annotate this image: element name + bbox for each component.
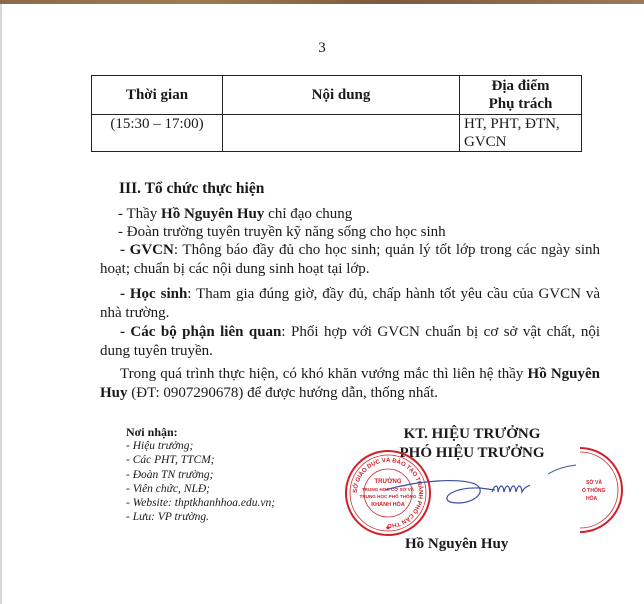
- svg-text:Ổ THÔNG: Ổ THÔNG: [582, 486, 605, 494]
- departments-label: - Các bộ phận liên quan: [120, 324, 281, 340]
- recipient-item: - Đoàn TN trường;: [126, 468, 275, 482]
- para-contact: Trong quá trình thực hiện, có khó khăn v…: [100, 365, 600, 403]
- recipients-title: Nơi nhận:: [126, 425, 275, 439]
- recipients-block: Nơi nhận: - Hiệu trưởng; - Các PHT, TTCM…: [126, 425, 275, 524]
- para-students: - Học sinh: Tham gia đúng giờ, đầy đủ, c…: [100, 285, 600, 323]
- svg-text:★: ★: [385, 524, 391, 532]
- recipient-item: - Hiệu trưởng;: [126, 439, 275, 453]
- gvcn-label: - GVCN: [120, 242, 174, 258]
- recipient-item: - Các PHT, TTCM;: [126, 453, 275, 467]
- scan-top-edge: [0, 0, 644, 4]
- page-number: 3: [0, 40, 644, 57]
- recipient-item: - Viên chức, NLĐ;: [126, 482, 275, 496]
- header-content: Nội dung: [223, 76, 460, 115]
- section-heading: III. Tổ chức thực hiện: [119, 180, 264, 198]
- cell-responsible: HT, PHT, ĐTN, GVCN: [460, 115, 582, 152]
- contact-suffix: (ĐT: 0907290678) để được hướng dẫn, thốn…: [128, 385, 439, 401]
- line-direction-prefix: - Thầy: [118, 206, 161, 222]
- contact-prefix: Trong quá trình thực hiện, có khó khăn v…: [120, 366, 528, 382]
- cell-responsible-line2: GVCN: [464, 133, 577, 151]
- line-union: - Đoàn trường tuyên truyền kỹ năng sống …: [118, 223, 446, 241]
- gvcn-text: : Thông báo đầy đủ cho học sinh; quản lý…: [100, 242, 600, 277]
- signer-name: Hồ Nguyên Huy: [405, 536, 508, 553]
- scan-left-edge: [0, 4, 2, 604]
- line-direction-name: Hồ Nguyên Huy: [161, 206, 264, 222]
- cell-responsible-line1: HT, PHT, ĐTN,: [464, 115, 577, 133]
- table-header-row: Thời gian Nội dung Địa điểm Phụ trách: [92, 76, 582, 115]
- schedule-table: Thời gian Nội dung Địa điểm Phụ trách (1…: [91, 75, 582, 152]
- signature-title-line1: KT. HIỆU TRƯỞNG: [362, 425, 582, 444]
- line-direction: - Thầy Hồ Nguyên Huy chỉ đạo chung: [118, 205, 352, 223]
- partial-stamp-icon: SỞ VÀ Ổ THÔNG HÒA: [580, 440, 640, 540]
- para-departments: - Các bộ phận liên quan: Phối hợp với GV…: [100, 323, 600, 361]
- header-location: Địa điểm Phụ trách: [460, 76, 582, 115]
- cell-time: (15:30 – 17:00): [92, 115, 223, 152]
- table-row: (15:30 – 17:00) HT, PHT, ĐTN, GVCN: [92, 115, 582, 152]
- recipient-item: - Website: thptkhanhhoa.edu.vn;: [126, 496, 275, 510]
- cell-content: [223, 115, 460, 152]
- line-direction-suffix: chỉ đạo chung: [264, 206, 352, 222]
- para-gvcn: - GVCN: Thông báo đầy đủ cho học sinh; q…: [100, 241, 600, 279]
- students-label: - Học sinh: [120, 286, 187, 302]
- recipient-item: - Lưu: VP trường.: [126, 510, 275, 524]
- header-location-line2: Phụ trách: [464, 95, 577, 113]
- header-time: Thời gian: [92, 76, 223, 115]
- handwritten-signature-icon: [380, 462, 580, 512]
- svg-text:HÒA: HÒA: [586, 494, 598, 502]
- svg-text:SỞ VÀ: SỞ VÀ: [586, 479, 602, 486]
- header-location-line1: Địa điểm: [464, 77, 577, 95]
